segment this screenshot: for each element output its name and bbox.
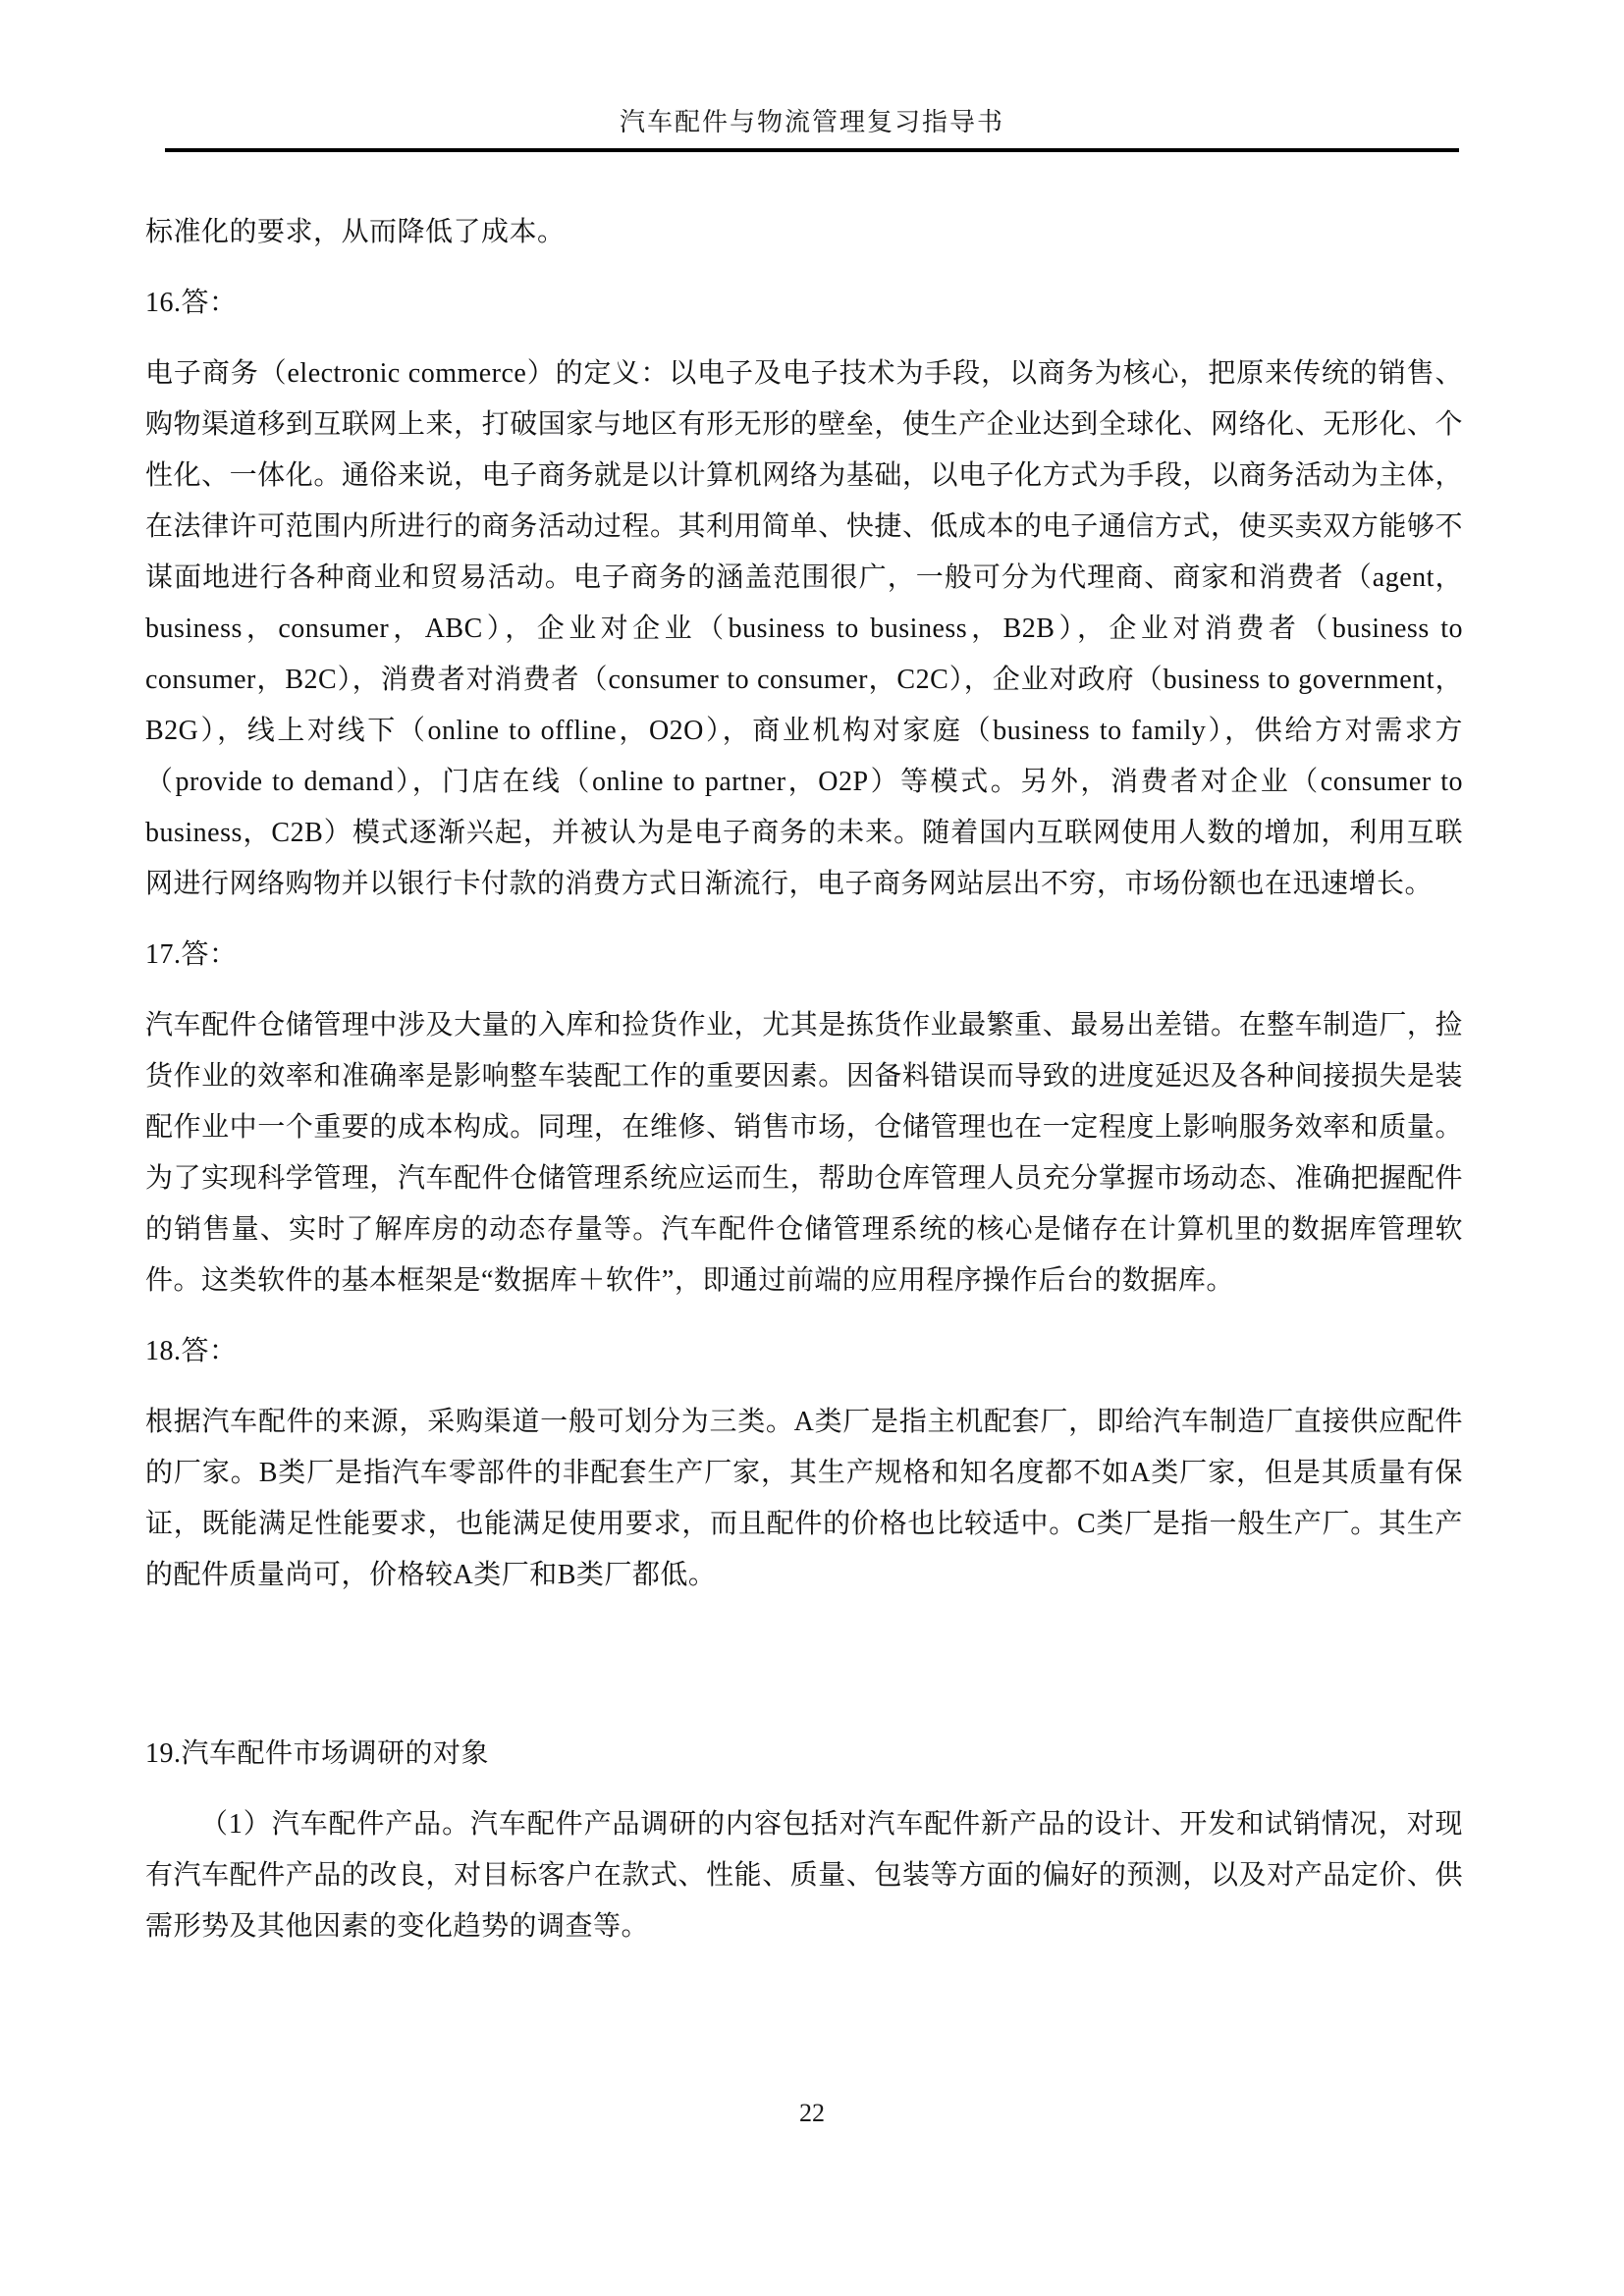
answer-label-18: 18.答： bbox=[145, 1326, 1463, 1377]
answer-label-17: 17.答： bbox=[145, 930, 1463, 981]
paragraph-19-item-1: （1）汽车配件产品。汽车配件产品调研的内容包括对汽车配件新产品的设计、开发和试销… bbox=[145, 1799, 1463, 1952]
page-number: 22 bbox=[0, 2097, 1624, 2130]
answer-paragraph-17: 汽车配件仓储管理中涉及大量的入库和捡货作业，尤其是拣货作业最繁重、最易出差错。在… bbox=[145, 1000, 1463, 1307]
document-body: 标准化的要求，从而降低了成本。 16.答： 电子商务（electronic co… bbox=[0, 152, 1624, 1952]
document-page: 汽车配件与物流管理复习指导书 标准化的要求，从而降低了成本。 16.答： 电子商… bbox=[0, 0, 1624, 2296]
answer-paragraph-16: 电子商务（electronic commerce）的定义：以电子及电子技术为手段… bbox=[145, 348, 1463, 910]
section-heading-19: 19.汽车配件市场调研的对象 bbox=[145, 1729, 1463, 1780]
running-header-title: 汽车配件与物流管理复习指导书 bbox=[0, 106, 1624, 139]
paragraph-continuation: 标准化的要求，从而降低了成本。 bbox=[145, 207, 1463, 258]
answer-label-16: 16.答： bbox=[145, 278, 1463, 329]
page-header: 汽车配件与物流管理复习指导书 bbox=[0, 0, 1624, 152]
answer-paragraph-18: 根据汽车配件的来源，采购渠道一般可划分为三类。A类厂是指主机配套厂，即给汽车制造… bbox=[145, 1397, 1463, 1601]
